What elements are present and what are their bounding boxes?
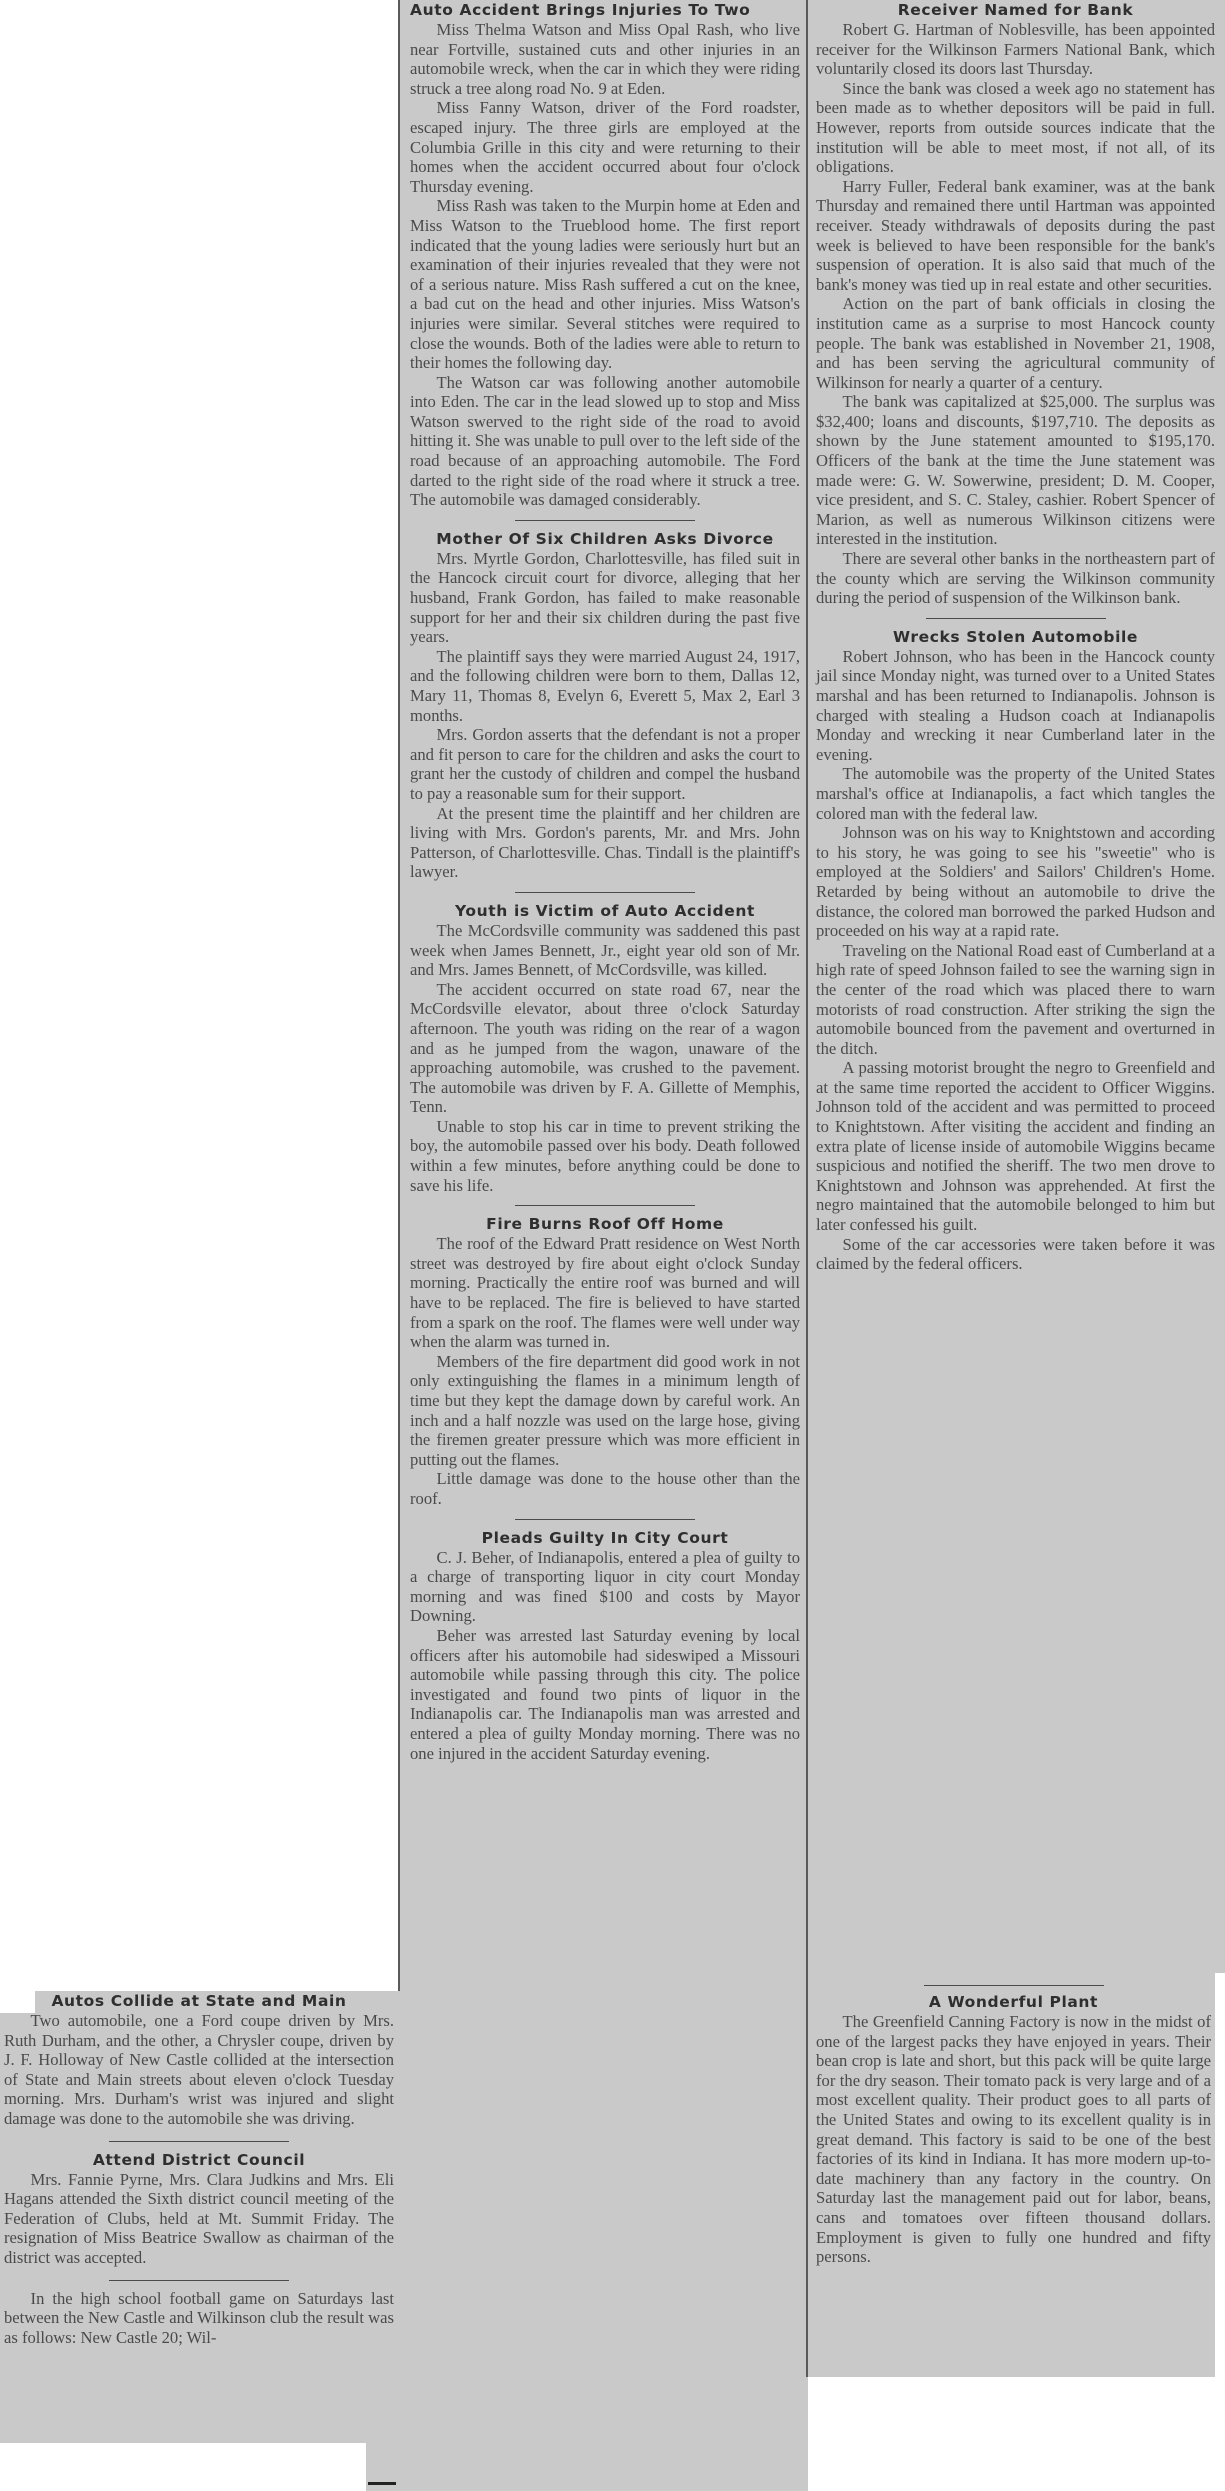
article: Youth is Victim of Auto AccidentThe McCo… [410,901,800,1195]
article-paragraph: Action on the part of bank officials in … [816,294,1215,392]
article-headline: Pleads Guilty In City Court [410,1528,800,1548]
article-paragraph: Miss Fanny Watson, driver of the Ford ro… [410,98,800,196]
article-paragraph: Unable to stop his car in time to preven… [410,1117,800,1195]
article-paragraph: Miss Thelma Watson and Miss Opal Rash, w… [410,20,800,98]
right-column-clipping: Receiver Named for BankRobert G. Hartman… [806,0,1225,1973]
article-paragraph: C. J. Beher, of Indianapolis, entered a … [410,1548,800,1626]
article-body: C. J. Beher, of Indianapolis, entered a … [410,1548,800,1764]
article-paragraph: The plaintiff says they were married Aug… [410,647,800,725]
middle-column: Auto Accident Brings Injuries To TwoMiss… [410,0,800,1763]
right-lower-clipping: A Wonderful PlantThe Greenfield Canning … [806,1973,1215,2377]
article-divider [515,1205,695,1206]
article-body: In the high school football game on Satu… [4,2289,394,2348]
article-paragraph: Traveling on the National Road east of C… [816,941,1215,1059]
article-body: Mrs. Myrtle Gordon, Charlottesville, has… [410,549,800,882]
article-divider [515,892,695,893]
article-paragraph: Robert Johnson, who has been in the Hanc… [816,647,1215,765]
article-headline: Autos Collide at State and Main [4,1991,394,2011]
article-paragraph: The McCordsville community was saddened … [410,921,800,980]
article: Mother Of Six Children Asks DivorceMrs. … [410,529,800,882]
article-paragraph: Beher was arrested last Saturday evening… [410,1626,800,1763]
article-paragraph: The automobile was the property of the U… [816,764,1215,823]
article-headline: Receiver Named for Bank [816,0,1215,20]
article-headline: Mother Of Six Children Asks Divorce [410,529,800,549]
article: In the high school football game on Satu… [4,2289,394,2348]
article-paragraph: Since the bank was closed a week ago no … [816,79,1215,177]
article-paragraph: The roof of the Edward Pratt residence o… [410,1234,800,1352]
article-paragraph: Johnson was on his way to Knightstown an… [816,823,1215,941]
article-paragraph: At the present time the plaintiff and he… [410,804,800,882]
article-paragraph: In the high school football game on Satu… [4,2289,394,2348]
article-paragraph: Two automobile, one a Ford coupe driven … [4,2011,394,2129]
article-headline: Attend District Council [4,2150,394,2170]
article-paragraph: Miss Rash was taken to the Murpin home a… [410,196,800,372]
article-divider [926,618,1106,619]
article: Attend District CouncilMrs. Fannie Pyrne… [4,2150,394,2268]
article-paragraph: Members of the fire department did good … [410,1352,800,1470]
article-paragraph: Little damage was done to the house othe… [410,1469,800,1508]
article: Fire Burns Roof Off HomeThe roof of the … [410,1214,800,1508]
article-paragraph: The Greenfield Canning Factory is now in… [816,2012,1211,2267]
middle-column-clipping: Auto Accident Brings Injuries To TwoMiss… [398,0,808,2491]
article-headline: Fire Burns Roof Off Home [410,1214,800,1234]
article: Auto Accident Brings Injuries To TwoMiss… [410,0,800,510]
article-body: Two automobile, one a Ford coupe driven … [4,2011,394,2129]
article-paragraph: Robert G. Hartman of Noblesville, has be… [816,20,1215,79]
article-headline: Youth is Victim of Auto Accident [410,901,800,921]
article: A Wonderful PlantThe Greenfield Canning … [816,1992,1211,2267]
article-divider [515,1519,695,1520]
article-paragraph: A passing motorist brought the negro to … [816,1058,1215,1234]
article: Autos Collide at State and MainTwo autom… [4,1991,394,2129]
article: Pleads Guilty In City CourtC. J. Beher, … [410,1528,800,1764]
article-paragraph: Some of the car accessories were taken b… [816,1235,1215,1274]
article-body: Miss Thelma Watson and Miss Opal Rash, w… [410,20,800,510]
article-body: Robert G. Hartman of Noblesville, has be… [816,20,1215,608]
article-headline: Auto Accident Brings Injuries To Two [410,0,800,20]
article: Wrecks Stolen AutomobileRobert Johnson, … [816,627,1215,1274]
article-headline: A Wonderful Plant [816,1992,1211,2012]
article-paragraph: The Watson car was following another aut… [410,373,800,510]
left-column: Autos Collide at State and MainTwo autom… [4,1991,394,2347]
article-paragraph: Harry Fuller, Federal bank examiner, was… [816,177,1215,295]
article-paragraph: Mrs. Fannie Pyrne, Mrs. Clara Judkins an… [4,2170,394,2268]
article-paragraph: Mrs. Myrtle Gordon, Charlottesville, has… [410,549,800,647]
article-paragraph: The bank was capitalized at $25,000. The… [816,392,1215,549]
article-body: Robert Johnson, who has been in the Hanc… [816,647,1215,1274]
article-headline: Wrecks Stolen Automobile [816,627,1215,647]
article-body: Mrs. Fannie Pyrne, Mrs. Clara Judkins an… [4,2170,394,2268]
article-paragraph: There are several other banks in the nor… [816,549,1215,608]
article-divider [109,2141,289,2142]
article-paragraph: The accident occurred on state road 67, … [410,980,800,1117]
right-column: Receiver Named for BankRobert G. Hartman… [816,0,1215,1274]
article-divider [515,520,695,521]
article-divider [109,2280,289,2281]
column-rule-mark [368,2482,396,2485]
article-body: The roof of the Edward Pratt residence o… [410,1234,800,1508]
article-divider [924,1985,1104,1986]
article: Receiver Named for BankRobert G. Hartman… [816,0,1215,608]
article-body: The Greenfield Canning Factory is now in… [816,2012,1211,2267]
article-body: The McCordsville community was saddened … [410,921,800,1195]
article-paragraph: Mrs. Gordon asserts that the defendant i… [410,725,800,803]
right-lower-column: A Wonderful PlantThe Greenfield Canning … [816,1985,1211,2267]
